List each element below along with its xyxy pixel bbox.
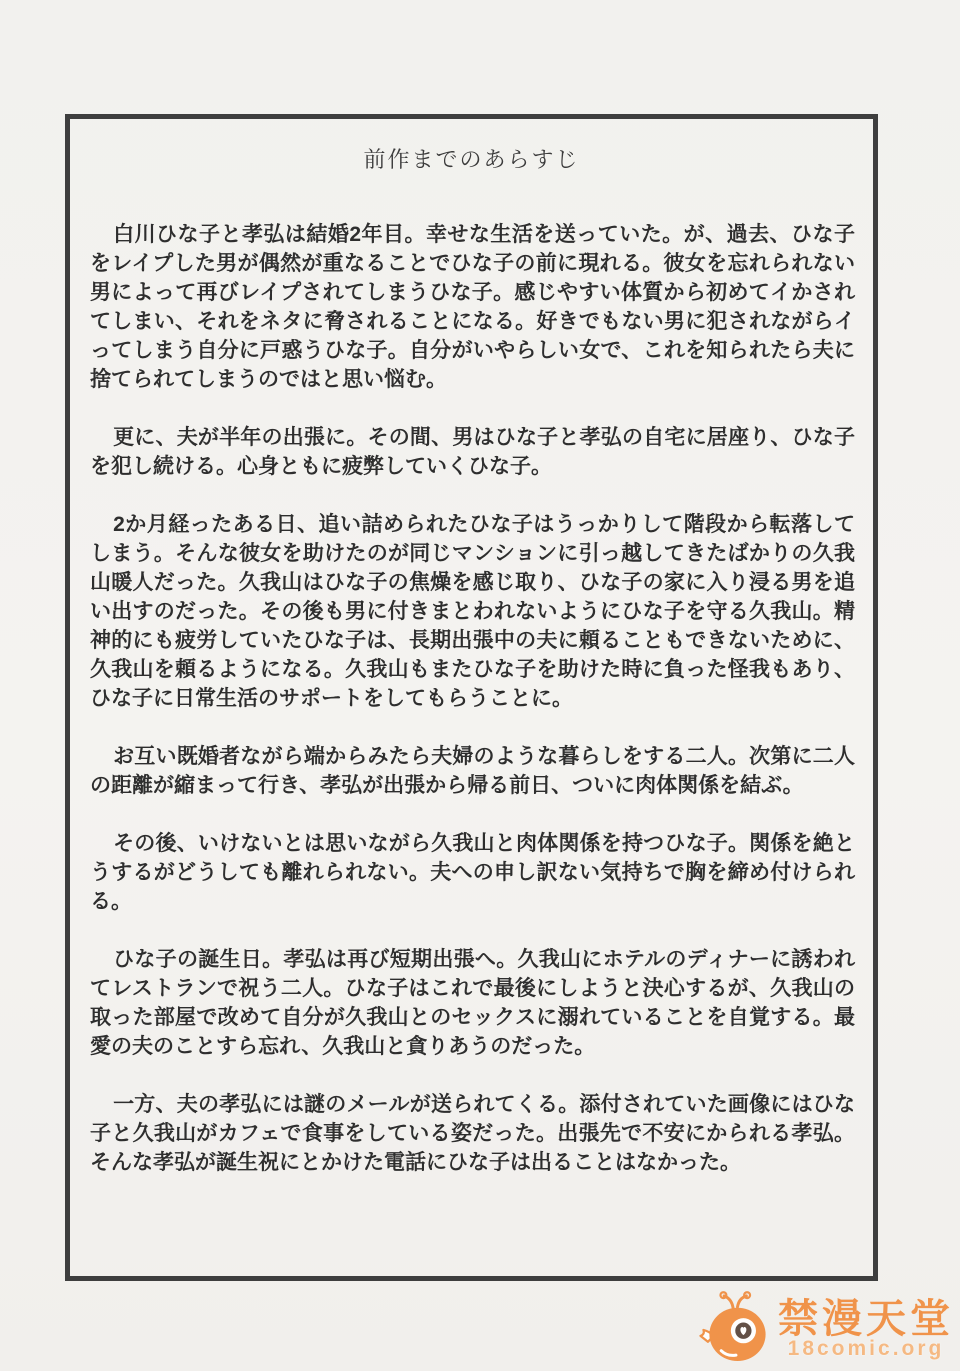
synopsis-text-block: 白川ひな子と孝弘は結婚2年目。幸せな生活を送っていた。が、過去、ひな子をレイプし…: [90, 220, 855, 1177]
paragraph: 更に、夫が半年の出張に。その間、男はひな子と孝弘の自宅に居座り、ひな子を犯し続け…: [90, 423, 855, 481]
page-title: 前作までのあらすじ: [70, 143, 873, 174]
site-watermark: 禁漫天堂 18comic.org: [698, 1290, 954, 1369]
paragraph: ひな子の誕生日。孝弘は再び短期出張へ。久我山にホテルのディナーに誘われてレストラ…: [90, 945, 855, 1061]
paragraph: 2か月経ったある日、追い詰められたひな子はうっかりして階段から転落してしまう。そ…: [90, 510, 855, 713]
watermark-text: 禁漫天堂 18comic.org: [778, 1299, 954, 1361]
paragraph: 白川ひな子と孝弘は結婚2年目。幸せな生活を送っていた。が、過去、ひな子をレイプし…: [90, 220, 855, 394]
mascot-whale-icon: [698, 1290, 774, 1369]
synopsis-frame: 前作までのあらすじ 白川ひな子と孝弘は結婚2年目。幸せな生活を送っていた。が、過…: [65, 114, 878, 1281]
paragraph: その後、いけないとは思いながら久我山と肉体関係を持つひな子。関係を絶とうするがど…: [90, 829, 855, 916]
watermark-site-url: 18comic.org: [788, 1337, 945, 1361]
watermark-site-name: 禁漫天堂: [778, 1299, 954, 1339]
paragraph: お互い既婚者ながら端からみたら夫婦のような暮らしをする二人。次第に二人の距離が縮…: [90, 742, 855, 800]
paragraph: 一方、夫の孝弘には謎のメールが送られてくる。添付されていた画像にはひな子と久我山…: [90, 1090, 855, 1177]
